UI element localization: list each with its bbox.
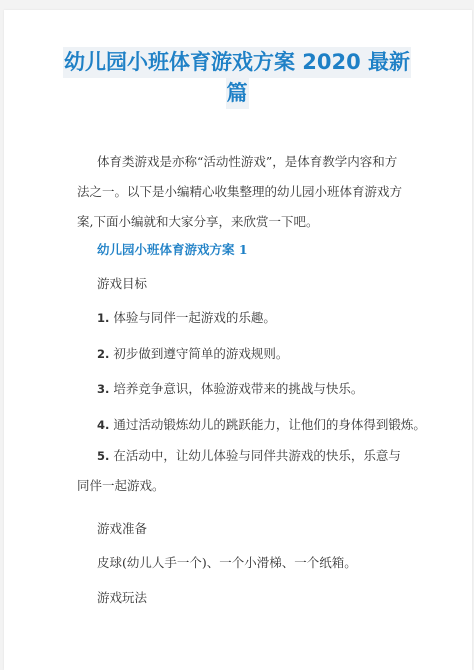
goal-item-1: 1. 体验与同伴一起游戏的乐趣。 xyxy=(97,303,427,333)
prep-label: 游戏准备 xyxy=(97,514,427,544)
intro-paragraph: 体育类游戏是亦称“活动性游戏”，是体育教学内容和方法之一。以下是小编精心收集整理… xyxy=(77,147,407,237)
goal-item-4: 4. 通过活动锻炼幼儿的跳跃能力，让他们的身体得到锻炼。 xyxy=(97,410,427,440)
title-line-2: 篇 xyxy=(226,78,249,109)
goal-text: 初步做到遵守简单的游戏规则。 xyxy=(113,346,288,361)
play-label: 游戏玩法 xyxy=(97,583,427,613)
document-title: 幼儿园小班体育游戏方案 2020 最新 篇 xyxy=(0,47,474,109)
goal-item-5: 5. 在活动中，让幼儿体验与同伴共游戏的快乐，乐意与同伴一起游戏。 xyxy=(77,441,407,501)
goal-number: 2. xyxy=(97,347,109,361)
prep-text: 皮球(幼儿人手一个)、一个小滑梯、一个纸箱。 xyxy=(97,548,427,578)
goals-label: 游戏目标 xyxy=(97,269,427,299)
title-line-1: 幼儿园小班体育游戏方案 2020 最新 xyxy=(63,47,411,78)
goal-text: 体验与同伴一起游戏的乐趣。 xyxy=(113,310,276,325)
goal-item-3: 3. 培养竞争意识，体验游戏带来的挑战与快乐。 xyxy=(97,374,427,404)
goal-number: 1. xyxy=(97,311,109,325)
goal-text: 在活动中，让幼儿体验与同伴共游戏的快乐，乐意与同伴一起游戏。 xyxy=(77,448,401,493)
goal-number: 5. xyxy=(97,449,109,463)
goal-text: 通过活动锻炼幼儿的跳跃能力，让他们的身体得到锻炼。 xyxy=(113,417,426,432)
goal-text: 培养竞争意识，体验游戏带来的挑战与快乐。 xyxy=(113,381,363,396)
goal-item-2: 2. 初步做到遵守简单的游戏规则。 xyxy=(97,339,427,369)
goal-number: 4. xyxy=(97,418,109,432)
section-heading: 幼儿园小班体育游戏方案 1 xyxy=(97,235,427,265)
goal-number: 3. xyxy=(97,382,109,396)
